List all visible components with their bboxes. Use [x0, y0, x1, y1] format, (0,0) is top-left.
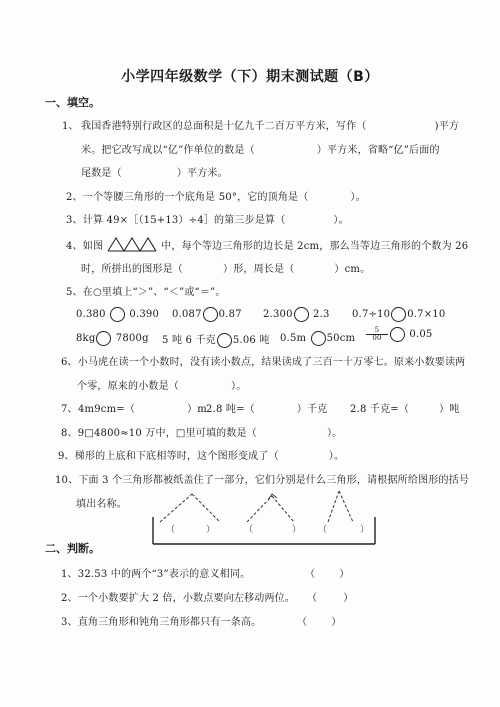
compare-circle[interactable] [391, 307, 406, 322]
compare-item: 2.300 2.3 [263, 307, 330, 322]
question-1-line1: 我国香港特别行政区的总面积是十亿九千二百万平方米，写作（)平方 [81, 117, 459, 132]
compare-item: 5 吨 6 千克5.06 吨 [162, 331, 270, 348]
triangle-answer-bracket[interactable]: （ [244, 522, 253, 535]
question-1-line2: 米。把它改写成以“亿”作单位的数是（）平方米，省略“亿”后面的 [81, 141, 440, 156]
compare-item: 0.0870.87 [172, 307, 242, 322]
question-4-line1: 4、如图 中，每个等边三角形的边长是 2cm，那么当等边三角形的个数为 26 [66, 235, 468, 252]
compare-item: 500 0.05 [366, 327, 432, 342]
compare-circle[interactable] [96, 331, 111, 346]
triangle-answer-bracket[interactable]: ） [292, 522, 301, 535]
question-3: 3、计算 49×［（15+13）÷4］的第三步是算（）。 [66, 211, 349, 226]
compare-circle[interactable] [217, 333, 232, 348]
section-heading-fill-in: 一、填空。 [45, 94, 100, 110]
page-title: 小学四年级数学（下）期末测试题（B） [0, 66, 500, 86]
compare-item: 0.5m 50cm [280, 331, 355, 346]
triangle-answer-bracket[interactable]: （ [318, 522, 327, 535]
question-7-part-1: 4m9cm=（）m [78, 400, 207, 415]
compare-circle[interactable] [390, 327, 405, 342]
question-7: 7、 [61, 400, 78, 415]
question-1-line3: 尾数是（）平方米。 [81, 164, 228, 179]
question-8: 8、9□4800≈10 万中，□里可填的数是（）。 [61, 424, 342, 439]
judgment-1: 1、32.53 中的两个“3”表示的意义相同。 [61, 565, 250, 580]
question-7-part-3: 2.8 千克=（）吨 [350, 400, 459, 415]
question-7-part-2: 2.8 吨=（）千克 [206, 400, 327, 415]
triangle-strip-figure [107, 235, 157, 252]
section-heading-judgment: 二、判断。 [45, 540, 100, 556]
question-10-line2: 填出名称。 [76, 495, 127, 510]
question-9: 9、梯形的上底和下底相等时，这个图形变成了（）。 [58, 447, 344, 462]
triangle-answer-bracket[interactable]: ） [206, 522, 215, 535]
covered-triangles-figure [150, 484, 380, 546]
judgment-1-answer[interactable]: （） [305, 565, 349, 580]
compare-item: 8kg 7800g [76, 331, 149, 346]
compare-circle[interactable] [294, 307, 309, 322]
judgment-2: 2、一个小数要扩大 2 倍，小数点要向左移动两位。 [61, 589, 295, 604]
question-5: 5、在○里填上“＞”、“＜”或“＝”。 [66, 283, 226, 298]
compare-item: 0.7÷100.7×10 [352, 307, 445, 322]
judgment-2-answer[interactable]: （） [307, 589, 353, 604]
compare-item: 0.380 0.390 [76, 307, 159, 322]
compare-circle[interactable] [311, 331, 326, 346]
question-1-number: 1、 [62, 117, 79, 132]
judgment-3-answer[interactable]: （） [297, 613, 341, 628]
compare-circle[interactable] [203, 307, 218, 322]
fraction: 500 [366, 327, 388, 342]
question-4-line2: 时，所拼出的图形是（）形，周长是（）cm。 [81, 260, 370, 275]
question-2: 2、一个等腰三角形的一个底角是 50°，它的顶角是（）。 [66, 188, 366, 203]
triangle-answer-bracket[interactable]: ） [360, 522, 369, 535]
compare-circle[interactable] [110, 307, 125, 322]
judgment-3: 3、直角三角形和钝角三角形都只有一条高。 [61, 613, 261, 628]
triangle-answer-bracket[interactable]: （ [166, 522, 175, 535]
question-6-line2: 个零，原来的小数是（）。 [77, 377, 246, 392]
question-6-line1: 6、小马虎在读一个小数时，没有读小数点，结果读成了三百一十万零七。原来小数要读两 [61, 353, 465, 368]
